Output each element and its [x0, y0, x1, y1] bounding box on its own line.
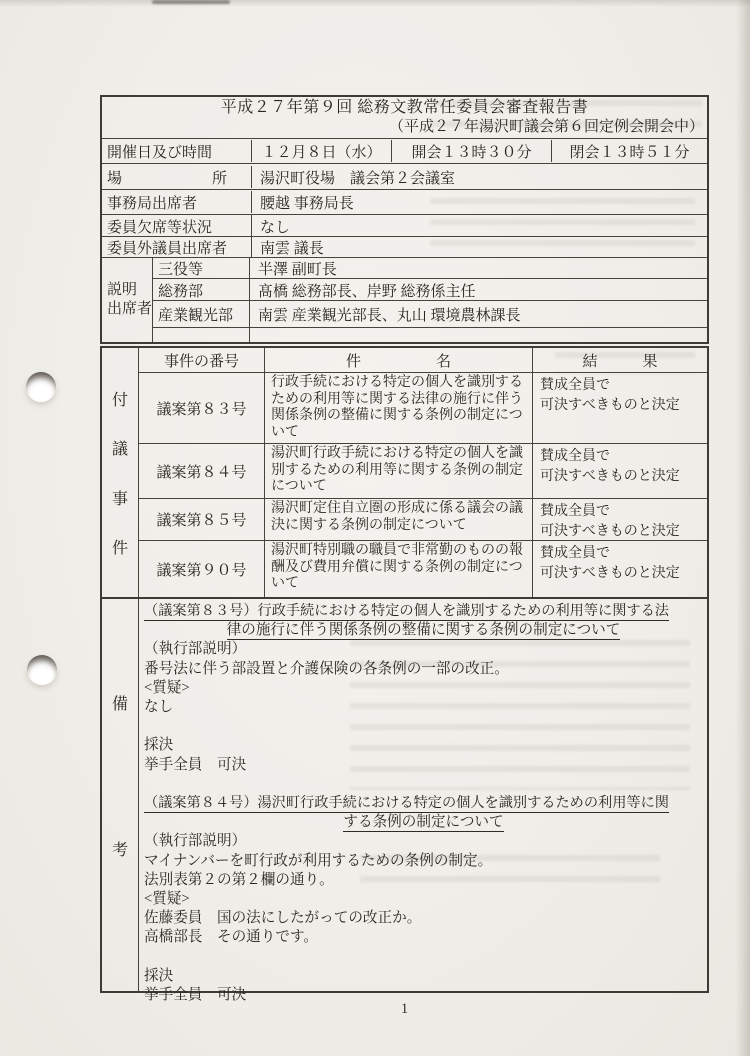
side-char: 考 — [112, 837, 128, 860]
remarks-line — [144, 948, 703, 967]
meta-row-datetime: 開催日及び時間 １２月８日（水） 開会１３時３０分 閉会１３時５１分 — [102, 139, 707, 164]
remarks-line: 法別表第２の第２欄の通り。 — [144, 871, 703, 890]
agenda-result: 賛成全員で 可決すべきものと決定 — [533, 499, 707, 540]
col-header-number: 事件の番号 — [139, 348, 265, 372]
presenter-dept: 産業観光部 — [153, 301, 250, 327]
remarks-line: 番号法に伴う部設置と介護保険の各条例の一部の改正。 — [144, 660, 703, 679]
agenda-number: 議案第８５号 — [139, 499, 265, 540]
remarks-line — [144, 775, 703, 794]
value-date: １２月８日（水） — [252, 140, 392, 162]
col-header-result: 結 果 — [533, 348, 707, 372]
meta-row-secretariat: 事務局出席者 腰越 事務局長 — [102, 190, 707, 215]
remarks-line: 佐藤委員 国の法にしたがっての改正か。 — [144, 909, 703, 928]
agenda-number: 議案第８４号 — [139, 444, 265, 498]
presenter-row: 総務部 髙橋 総務部長、岸野 総務係主任 — [153, 279, 707, 301]
remarks-line: 採決 — [144, 736, 703, 755]
remarks-line: （執行部説明） — [144, 832, 703, 851]
remarks-line: 高橋部長 その通りです。 — [144, 928, 703, 947]
presenter-row — [153, 328, 707, 342]
remarks-line — [144, 717, 703, 736]
presenter-dept: 総務部 — [153, 279, 250, 300]
remarks-heading-line: （議案第８４号）湯沢町行政手続における特定の個人を識別するための利用等に関 — [144, 795, 669, 813]
title-row: 平成２７年第９回 総務文教常任委員会審査報告書 （平成２７年湯沢町議会第６回定例… — [102, 97, 707, 139]
agenda-table: 付 議 事 件 事件の番号 件 名 結 果 議案第８３号 行政手続における特定の… — [100, 346, 709, 599]
label-absence: 委員欠席等状況 — [102, 215, 252, 237]
agenda-name: 行政手続における特定の個人を識別するための利用等に関する法律の施行に伴う関係条例… — [265, 373, 533, 443]
label-nonmember: 委員外議員出席者 — [102, 236, 252, 258]
agenda-row: 議案第８４号 湯沢町行政手続における特定の個人を識別するための利用等に関する条例… — [139, 444, 707, 499]
side-char: 事 — [112, 486, 128, 509]
remarks-line: なし — [144, 698, 703, 717]
value-close-time: 閉会１３時５１分 — [552, 140, 707, 162]
report-title: 平成２７年第９回 総務文教常任委員会審査報告書 — [102, 98, 707, 118]
agenda-row: 議案第８３号 行政手続における特定の個人を識別するための利用等に関する法律の施行… — [139, 373, 707, 444]
presenter-names — [250, 328, 707, 342]
presenter-row: 三役等 半澤 副町長 — [153, 258, 707, 279]
label-presenters-line2: 出席者 — [107, 300, 152, 319]
value-nonmember: 南雲 議長 — [252, 236, 707, 258]
presenter-dept: 三役等 — [153, 258, 250, 278]
scan-smudge — [152, 0, 230, 4]
label-presenters: 説明 出席者 — [102, 258, 153, 342]
presenter-names: 南雲 産業観光部長、丸山 環境農林課長 — [250, 301, 707, 327]
meta-row-absence: 委員欠席等状況 なし — [102, 215, 707, 237]
value-absence: なし — [252, 215, 707, 237]
remarks-side-label: 備 考 — [102, 599, 139, 991]
agenda-row: 議案第９０号 湯沢町特別職の職員で非常勤のものの報酬及び費用弁償に関する条例の制… — [139, 541, 707, 597]
remarks-line: （執行部説明） — [144, 640, 703, 659]
remarks-heading: （議案第８４号）湯沢町行政手続における特定の個人を識別するための利用等に関 — [144, 794, 703, 813]
presenter-names: 半澤 副町長 — [250, 258, 707, 278]
remarks-content: （議案第８３号）行政手続における特定の個人を識別するための利用等に関する法 律の… — [139, 599, 707, 991]
remarks-line: マイナンバーを町行政が利用するための条例の制定。 — [144, 852, 703, 871]
agenda-name: 湯沢町定住自立圏の形成に係る議会の議決に関する条例の制定について — [265, 499, 533, 540]
agenda-name: 湯沢町特別職の職員で非常勤のものの報酬及び費用弁償に関する条例の制定について — [265, 541, 533, 597]
scan-edge-shadow — [736, 0, 750, 1056]
remarks-heading-line: 律の施行に伴う関係条例の整備に関する条例の制定について — [227, 622, 621, 640]
agenda-header-row: 事件の番号 件 名 結 果 — [139, 348, 707, 373]
remarks-heading: 律の施行に伴う関係条例の整備に関する条例の制定について — [144, 621, 703, 640]
agenda-result: 賛成全員で 可決すべきものと決定 — [533, 444, 707, 498]
presenters-rows: 三役等 半澤 副町長 総務部 髙橋 総務部長、岸野 総務係主任 産業観光部 南雲… — [153, 258, 707, 342]
agenda-result: 賛成全員で 可決すべきものと決定 — [533, 541, 707, 597]
agenda-number: 議案第８３号 — [139, 373, 265, 443]
remarks-heading-line: する条例の制定について — [343, 814, 503, 832]
report-subtitle: （平成２７年湯沢町議会第６回定例会開会中） — [102, 118, 707, 137]
label-presenters-line1: 説明 — [107, 281, 137, 300]
remarks-line: 挙手全員 可決 — [144, 756, 703, 775]
presenter-dept — [153, 328, 250, 342]
remarks-heading: する条例の制定について — [144, 813, 703, 832]
remarks-line: <質疑> — [144, 679, 703, 698]
punch-hole — [27, 655, 57, 685]
agenda-number: 議案第９０号 — [139, 541, 265, 597]
agenda-result: 賛成全員で 可決すべきものと決定 — [533, 373, 707, 443]
col-header-name: 件 名 — [265, 348, 533, 372]
agenda-main: 事件の番号 件 名 結 果 議案第８３号 行政手続における特定の個人を識別するた… — [139, 348, 707, 597]
value-open-time: 開会１３時３０分 — [392, 140, 552, 162]
scanned-report-page: 平成２７年第９回 総務文教常任委員会審査報告書 （平成２７年湯沢町議会第６回定例… — [0, 0, 750, 1056]
meta-row-nonmember: 委員外議員出席者 南雲 議長 — [102, 237, 707, 258]
label-place: 場 所 — [102, 166, 252, 188]
label-secretariat: 事務局出席者 — [102, 191, 252, 213]
remarks-heading: （議案第８３号）行政手続における特定の個人を識別するための利用等に関する法 — [144, 602, 703, 621]
agenda-side-label: 付 議 事 件 — [102, 348, 139, 597]
remarks-heading-line: （議案第８３号）行政手続における特定の個人を識別するための利用等に関する法 — [144, 603, 669, 621]
side-char: 件 — [112, 535, 128, 558]
side-char: 議 — [112, 436, 128, 459]
label-datetime: 開催日及び時間 — [102, 140, 252, 162]
scan-top-shadow — [0, 0, 750, 7]
value-place: 湯沢町役場 議会第２会議室 — [252, 166, 707, 188]
agenda-name: 湯沢町行政手続における特定の個人を識別するための利用等に関する条例の制定について — [265, 444, 533, 498]
agenda-row: 議案第８５号 湯沢町定住自立圏の形成に係る議会の議決に関する条例の制定について … — [139, 499, 707, 541]
side-char: 付 — [112, 387, 128, 410]
remarks-line: 採決 — [144, 967, 703, 986]
presenters-group: 説明 出席者 三役等 半澤 副町長 総務部 髙橋 総務部長、岸野 総務係主任 産… — [102, 258, 707, 342]
side-char: 備 — [112, 691, 128, 714]
presenter-row: 産業観光部 南雲 産業観光部長、丸山 環境農林課長 — [153, 301, 707, 328]
presenter-names: 髙橋 総務部長、岸野 総務係主任 — [250, 279, 707, 300]
value-secretariat: 腰越 事務局長 — [252, 191, 707, 213]
remarks-line: <質疑> — [144, 890, 703, 909]
remarks-section: 備 考 （議案第８３号）行政手続における特定の個人を識別するための利用等に関する… — [100, 597, 709, 993]
page-number: 1 — [100, 1001, 709, 1018]
meta-table: 平成２７年第９回 総務文教常任委員会審査報告書 （平成２７年湯沢町議会第６回定例… — [100, 95, 709, 344]
punch-hole — [26, 372, 56, 402]
meta-row-place: 場 所 湯沢町役場 議会第２会議室 — [102, 164, 707, 190]
